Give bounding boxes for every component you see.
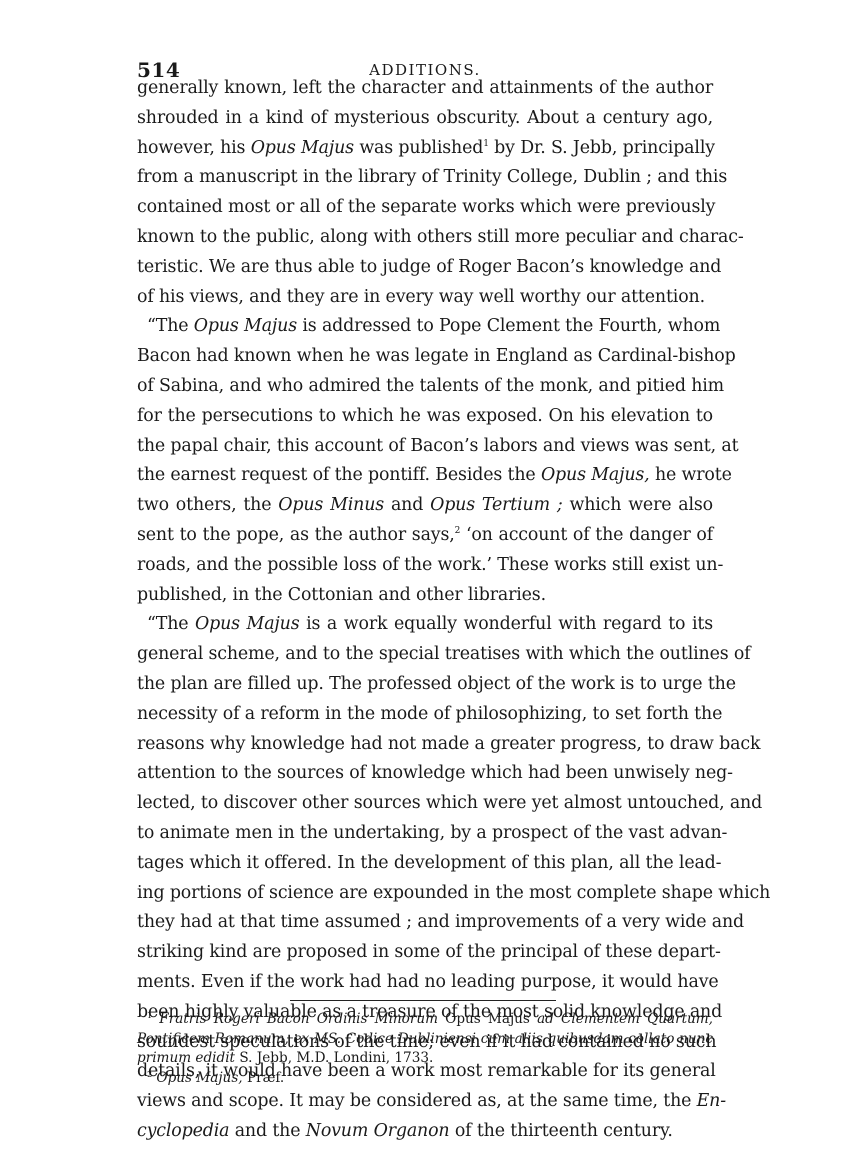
body-line: two others, the Opus Minus and Opus Tert… [137, 491, 713, 521]
body-line: for the persecutions to which he was exp… [137, 402, 713, 432]
body-line: “The Opus Majus is addressed to Pope Cle… [137, 312, 713, 342]
text-run: ing portions of science are expounded in… [137, 883, 770, 903]
body-line: teristic. We are thus able to judge of R… [137, 253, 713, 283]
text-run: and [384, 495, 430, 515]
italic-text: Opus Majus, [156, 1070, 242, 1086]
text-run: Bacon had known when he was legate in En… [137, 346, 736, 366]
italic-text: Opus Majus [194, 316, 297, 336]
italic-text: Opus Tertium ; [430, 495, 562, 515]
body-line: of his views, and they are in every way … [137, 283, 713, 313]
text-run: views and scope. It may be considered as… [137, 1091, 697, 1111]
text-run: general scheme, and to the special treat… [137, 644, 750, 664]
text-run: generally known, left the character and … [137, 78, 713, 98]
footnote-line: Pontificem Romanum, ex MS. Codice Dublin… [137, 1030, 713, 1050]
footnote-line: 1 Fratris Rogeri Bacon Ordinis Minorum O… [137, 1010, 713, 1030]
footnote-line: primum edidit S. Jebb, M.D. Londini, 173… [137, 1049, 713, 1069]
footnotes: 1 Fratris Rogeri Bacon Ordinis Minorum O… [137, 1010, 713, 1088]
body-line: tages which it offered. In the developme… [137, 849, 713, 879]
body-line: however, his Opus Majus was published1 b… [137, 134, 713, 164]
text-run: Præf. [243, 1070, 285, 1086]
text-run: he wrote [650, 465, 732, 485]
text-run: roads, and the possible loss of the work… [137, 555, 723, 575]
text-run: by Dr. S. Jebb, principally [489, 138, 715, 158]
footnote-line: 2 Opus Majus, Præf. [137, 1069, 713, 1089]
body-line: general scheme, and to the special treat… [137, 640, 713, 670]
text-run: tages which it offered. In the developme… [137, 853, 721, 873]
text-run: is a work equally wonderful with regard … [300, 614, 714, 634]
italic-text: primum edidit [137, 1050, 235, 1066]
body-text: generally known, left the character and … [137, 74, 713, 1147]
body-line: “The Opus Majus is a work equally wonder… [137, 610, 713, 640]
text-run: was published [354, 138, 483, 158]
text-run: the earnest request of the pontiff. Besi… [137, 465, 541, 485]
body-line: of Sabina, and who admired the talents o… [137, 372, 713, 402]
text-run: ‘on account of the danger of [460, 525, 713, 545]
body-line: roads, and the possible loss of the work… [137, 551, 713, 581]
text-run: of his views, and they are in every way … [137, 287, 705, 307]
italic-text: Fratris Rogeri Bacon Ordinis Minorum [159, 1011, 438, 1027]
body-line: ing portions of science are expounded in… [137, 879, 713, 909]
body-line: the papal chair, this account of Bacon’s… [137, 432, 713, 462]
body-line: the plan are filled up. The professed ob… [137, 670, 713, 700]
text-run: for the persecutions to which he was exp… [137, 406, 713, 426]
text-run: the plan are filled up. The professed ob… [137, 674, 736, 694]
body-line: ments. Even if the work had had no leadi… [137, 968, 713, 998]
text-run: lected, to discover other sources which … [137, 793, 762, 813]
text-run: is addressed to Pope Clement the Fourth,… [297, 316, 720, 336]
body-line: necessity of a reform in the mode of phi… [137, 700, 713, 730]
italic-text: Opus Majus [251, 138, 354, 158]
italic-text: Opus Minus [278, 495, 384, 515]
text-run: two others, the [137, 495, 278, 515]
body-line: views and scope. It may be considered as… [137, 1087, 713, 1117]
text-run: teristic. We are thus able to judge of R… [137, 257, 721, 277]
text-run: attention to the sources of knowledge wh… [137, 763, 733, 783]
body-line: generally known, left the character and … [137, 74, 713, 104]
text-run: which were also [563, 495, 713, 515]
body-line: reasons why knowledge had not made a gre… [137, 730, 713, 760]
text-run: reasons why knowledge had not made a gre… [137, 734, 760, 754]
body-line: from a manuscript in the library of Trin… [137, 163, 713, 193]
body-line: shrouded in a kind of mysterious obscuri… [137, 104, 713, 134]
text-run: known to the public, along with others s… [137, 227, 744, 247]
text-run: however, his [137, 138, 251, 158]
body-line: they had at that time assumed ; and impr… [137, 908, 713, 938]
text-run: “The [147, 614, 195, 634]
text-run: S. Jebb, M.D. Londini, 1733. [235, 1050, 433, 1066]
text-run: of the thirteenth century. [449, 1121, 672, 1141]
italic-text: ad Clementem Quartum, [537, 1011, 713, 1027]
text-run: the papal chair, this account of Bacon’s… [137, 436, 738, 456]
body-line: attention to the sources of knowledge wh… [137, 759, 713, 789]
text-run: necessity of a reform in the mode of phi… [137, 704, 722, 724]
body-line: cyclopedia and the Novum Organon of the … [137, 1117, 713, 1147]
italic-text: Opus Majus [195, 614, 299, 634]
text-run: “The [147, 316, 194, 336]
body-line: published, in the Cottonian and other li… [137, 581, 713, 611]
text-run: and the [229, 1121, 305, 1141]
body-line: contained most or all of the separate wo… [137, 193, 713, 223]
italic-text: Novum Organon [306, 1121, 450, 1141]
body-line: striking kind are proposed in some of th… [137, 938, 713, 968]
text-run: from a manuscript in the library of Trin… [137, 167, 727, 187]
text-run: published, in the Cottonian and other li… [137, 585, 546, 605]
body-line: known to the public, along with others s… [137, 223, 713, 253]
text-run: to animate men in the undertaking, by a … [137, 823, 727, 843]
body-line: Bacon had known when he was legate in En… [137, 342, 713, 372]
body-line: to animate men in the undertaking, by a … [137, 819, 713, 849]
footnote-rule [290, 1000, 556, 1001]
text-run: they had at that time assumed ; and impr… [137, 912, 744, 932]
text-run: shrouded in a kind of mysterious obscuri… [137, 108, 713, 128]
italic-text: Opus Majus, [541, 465, 650, 485]
text-run: ments. Even if the work had had no leadi… [137, 972, 719, 992]
body-line: lected, to discover other sources which … [137, 789, 713, 819]
italic-text: cyclopedia [137, 1121, 229, 1141]
text-run: Opus Majus [438, 1011, 537, 1027]
text-run: striking kind are proposed in some of th… [137, 942, 721, 962]
italic-text: Pontificem Romanum, ex MS. Codice Dublin… [137, 1031, 713, 1047]
body-line: sent to the pope, as the author says,2 ‘… [137, 521, 713, 551]
text-run: of Sabina, and who admired the talents o… [137, 376, 724, 396]
text-run: sent to the pope, as the author says, [137, 525, 455, 545]
italic-text: En- [697, 1091, 726, 1111]
body-line: the earnest request of the pontiff. Besi… [137, 461, 713, 491]
text-run: contained most or all of the separate wo… [137, 197, 715, 217]
